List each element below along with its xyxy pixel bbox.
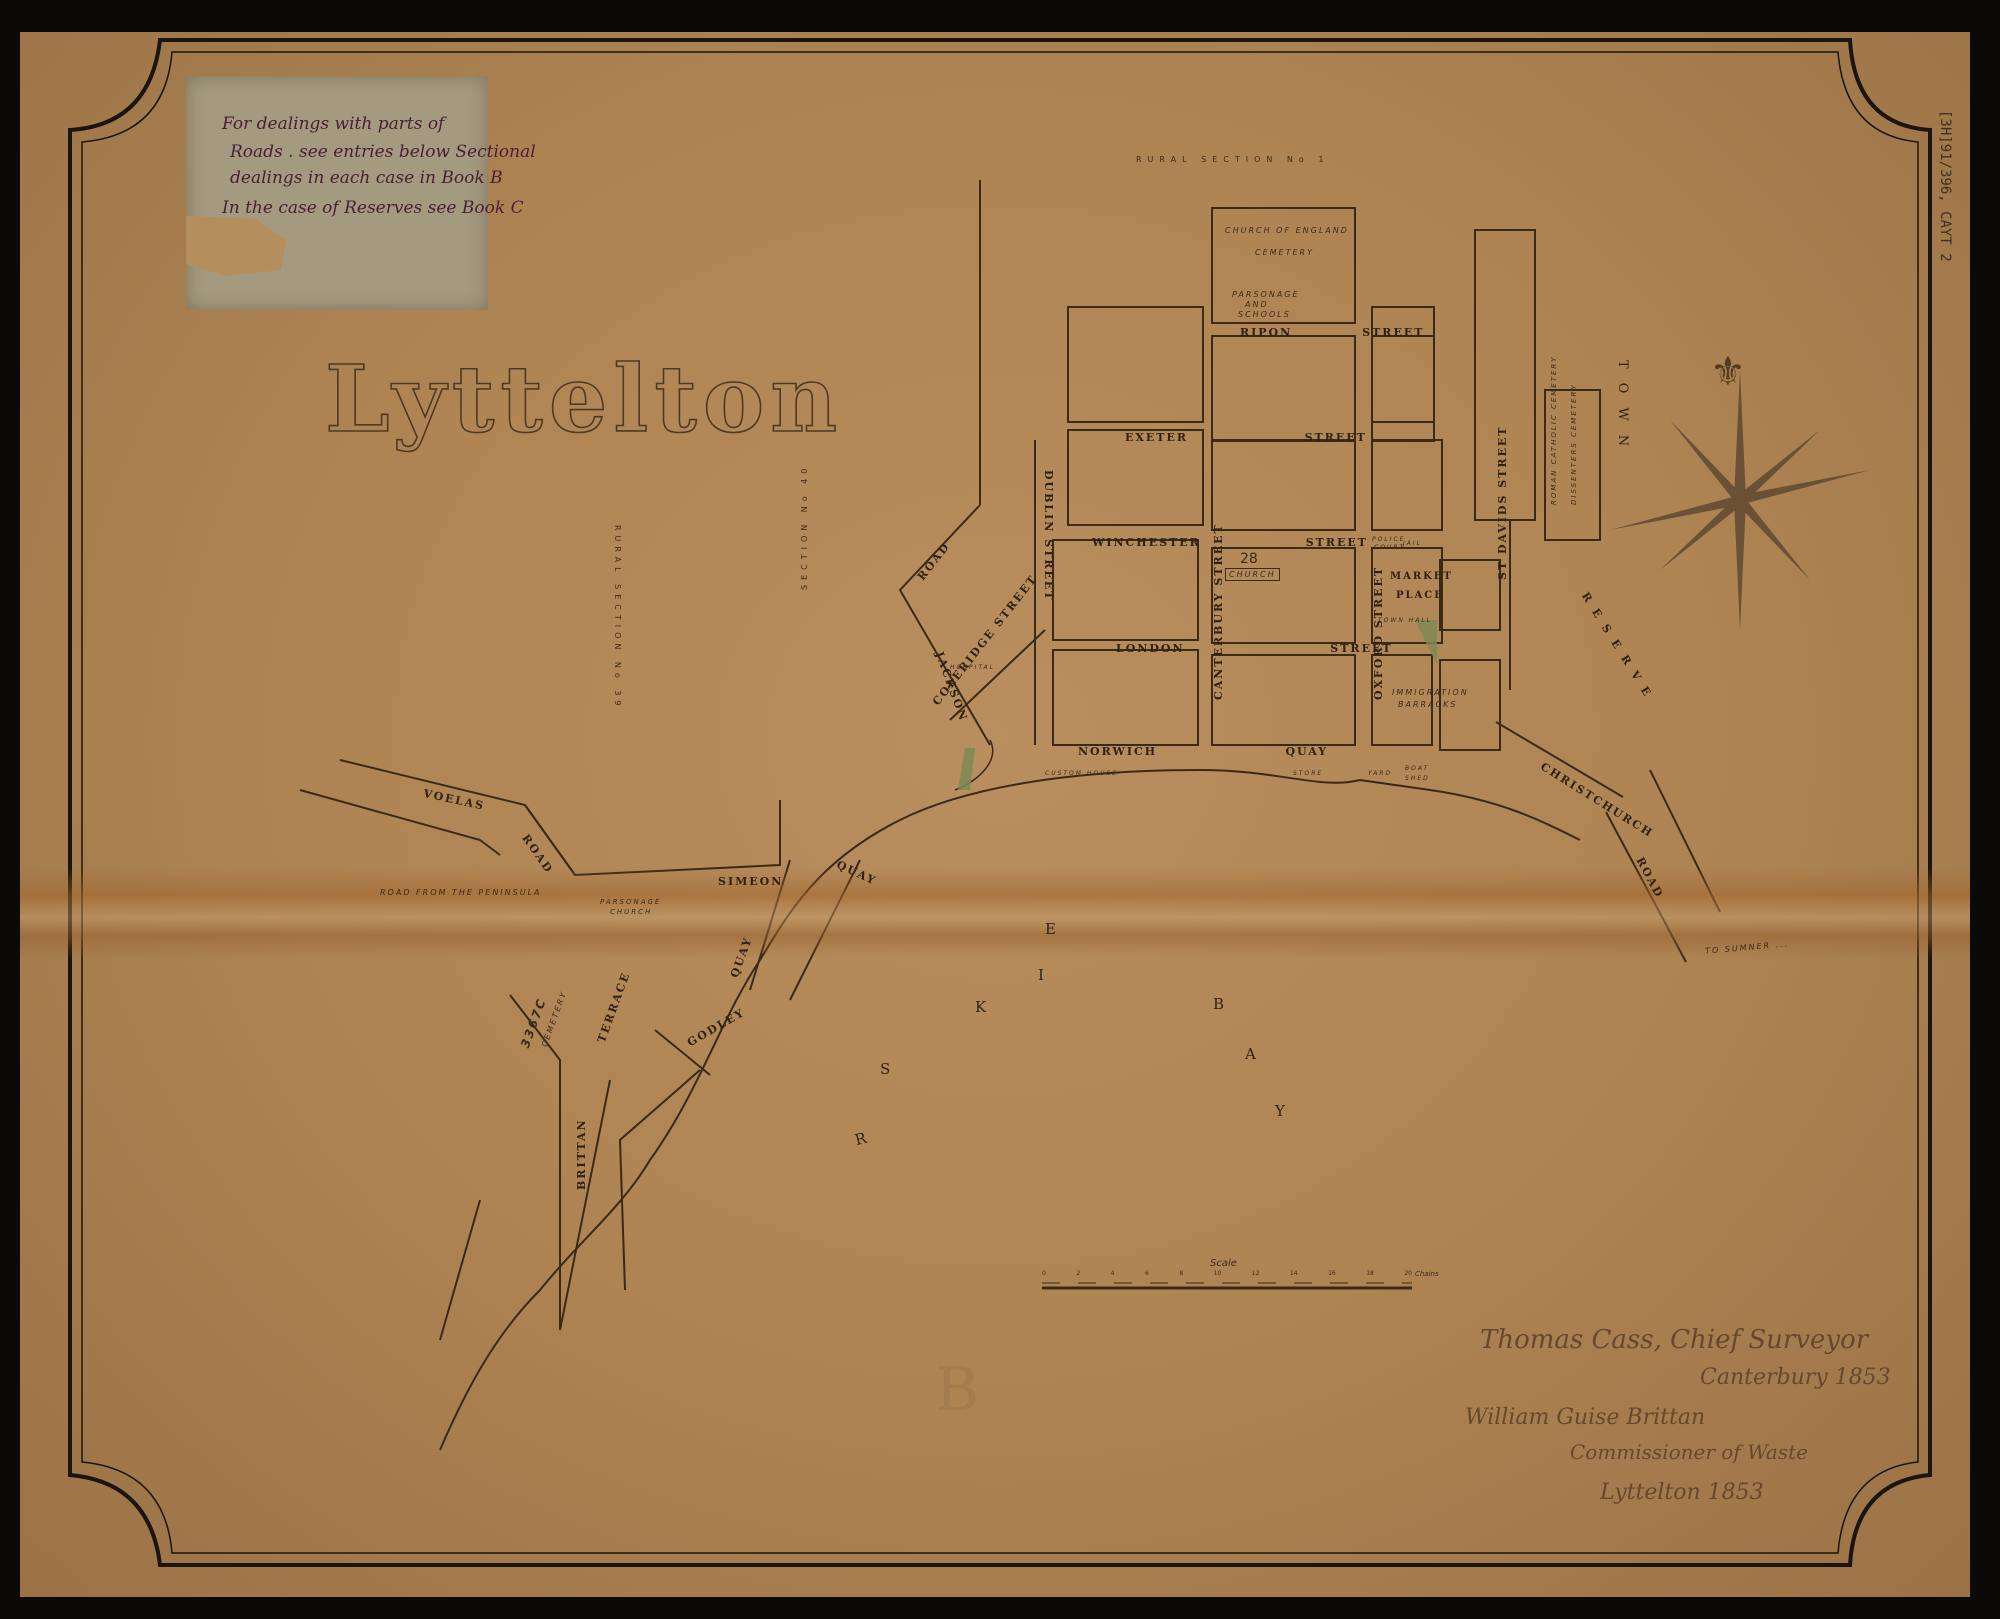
bay-letter: E [1045, 920, 1056, 938]
street-london: LONDON STREET [1116, 642, 1393, 655]
scale-label: Scale [1210, 1258, 1237, 1269]
court-label: COURT [1374, 544, 1405, 551]
scale-tick: 12 [1252, 1270, 1260, 1277]
boat-label: BOAT [1405, 765, 1429, 772]
lot-28: 28 [1240, 551, 1258, 567]
compass-rose-icon: ⚜ [1610, 349, 1870, 630]
signature-line: William Guise Brittan [1465, 1405, 1705, 1430]
street-ripon: RIPON STREET [1240, 326, 1424, 339]
scale-tick: 18 [1366, 1270, 1374, 1277]
market-label: MARKET [1390, 571, 1453, 582]
note-line: For dealings with parts of [222, 114, 444, 134]
shed-label: SHED [1405, 775, 1430, 782]
street-canterbury: CANTERBURY STREET [1212, 523, 1225, 700]
scale-tick: 20 [1404, 1270, 1412, 1277]
jail-label: JAIL [1403, 540, 1422, 547]
town-label: TOWN [1615, 360, 1630, 460]
bay-letter: I [1038, 966, 1044, 984]
street-dublin: DUBLIN STREET [1042, 470, 1055, 601]
torn-patch [186, 216, 286, 276]
signature-line: Lyttelton 1853 [1600, 1480, 1764, 1505]
svg-text:⚜: ⚜ [1710, 349, 1746, 395]
scale-tick: 10 [1214, 1270, 1222, 1277]
church-schools-label: CHURCH [610, 908, 652, 916]
scale-unit: Chains [1415, 1270, 1439, 1278]
street-winchester: WINCHESTER STREET [1092, 536, 1368, 549]
immigration-label: IMMIGRATION [1392, 688, 1469, 697]
parsonage-label-3: SCHOOLS [1238, 310, 1291, 319]
bay-letter: S [880, 1060, 890, 1078]
street-norwich-quay: NORWICH QUAY [1078, 745, 1328, 758]
bay-letter: B [1213, 995, 1224, 1013]
scale-tick: 4 [1111, 1270, 1115, 1277]
scale-tick: 14 [1290, 1270, 1298, 1277]
rural-section-39: RURAL SECTION No 39 [613, 525, 622, 711]
street-oxford: OXFORD STREET [1372, 566, 1385, 700]
hospital-label: HOSPITAL [950, 664, 995, 671]
parsonage-label-2: AND [1245, 300, 1269, 309]
street-simeon: SIMEON [718, 875, 783, 888]
bay-letter: A [1245, 1045, 1256, 1063]
custom-house-label: CUSTOM HOUSE [1045, 770, 1118, 777]
scale-tick: 6 [1145, 1270, 1149, 1277]
scale-ticks: 0 2 4 6 8 10 12 14 16 18 20 [1042, 1270, 1412, 1277]
stamp-letter: B [935, 1355, 979, 1425]
fold-crease [20, 868, 1970, 958]
archive-reference: [3H]91/396, CAYT 2 [1937, 110, 1953, 262]
church-label: CHURCH [1225, 568, 1280, 581]
dissenters-cemetery-label: DISSENTERS CEMETERY [1570, 383, 1578, 505]
store-label: STORE [1293, 770, 1323, 777]
annotation-note-card: For dealings with parts of Roads . see e… [186, 76, 488, 310]
street-exeter: EXETER STREET [1125, 431, 1367, 444]
scale-tick: 16 [1328, 1270, 1336, 1277]
town-hall-label: TOWN HALL [1378, 617, 1432, 624]
signature-line: Canterbury 1853 [1700, 1365, 1891, 1390]
rural-section-1: RURAL SECTION No 1 [1136, 155, 1329, 164]
scale-bar [1042, 1283, 1412, 1288]
road-from-peninsula: ROAD FROM THE PENINSULA [380, 888, 542, 897]
bay-letter: K [975, 998, 986, 1016]
coastline [440, 740, 1580, 1450]
scale-tick: 8 [1179, 1270, 1183, 1277]
scale-tick: 0 [1042, 1270, 1046, 1277]
parsonage-church-label: PARSONAGE [600, 898, 661, 906]
parsonage-label: PARSONAGE [1232, 290, 1300, 299]
section-40: SECTION No 40 [800, 464, 809, 590]
barracks-label: BARRACKS [1398, 700, 1457, 709]
map-title: Lyttelton [325, 345, 843, 453]
street-brittan: BRITTAN [575, 1118, 588, 1190]
market-place-label: PLACE [1396, 590, 1444, 601]
rc-cemetery-label: ROMAN CATHOLIC CEMETERY [1550, 355, 1558, 505]
street-st-davids: ST DAVIDS STREET [1496, 426, 1509, 580]
scale-tick: 2 [1076, 1270, 1080, 1277]
signature-line: Thomas Cass, Chief Surveyor [1480, 1325, 1868, 1355]
cemetery-label-2: CEMETERY [1255, 248, 1314, 257]
note-line: In the case of Reserves see Book C [222, 198, 524, 218]
cemetery-label: CHURCH OF ENGLAND [1225, 226, 1349, 235]
note-line: Roads . see entries below Sectional [230, 142, 536, 162]
bay-letter: Y [1275, 1102, 1285, 1120]
yard-label: YARD [1368, 770, 1392, 777]
note-line: dealings in each case in Book B [230, 168, 503, 188]
signature-line: Commissioner of Waste [1570, 1440, 1808, 1464]
police-label: POLICE [1372, 536, 1405, 543]
